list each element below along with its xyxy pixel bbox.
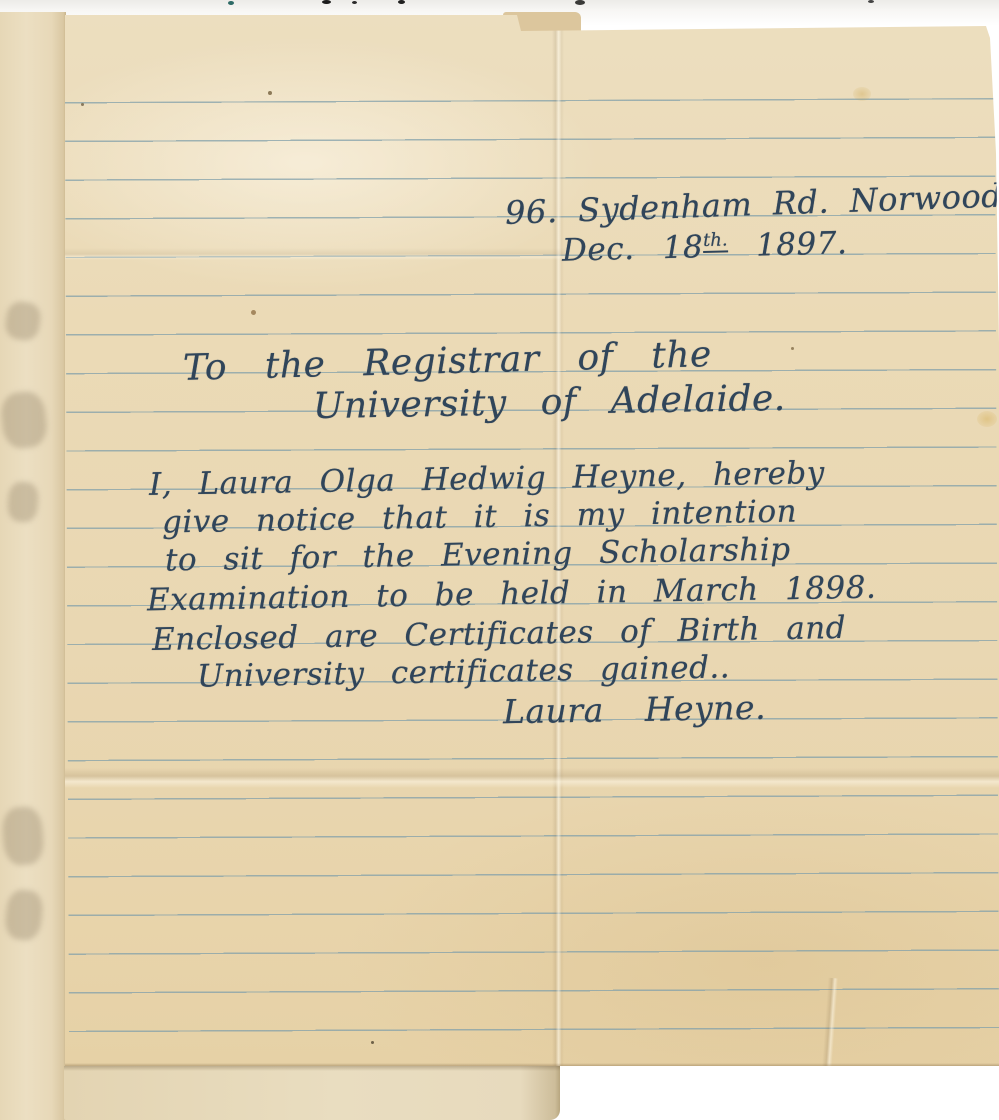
scanner-speck	[228, 1, 234, 5]
brown-spot	[251, 310, 256, 315]
letter-sheet: 96. Sydenham Rd. Norwood. Dec. 18th. 189…	[65, 13, 999, 1066]
horizontal-fold-crease	[65, 768, 999, 788]
bleedthrough-mark	[3, 888, 44, 941]
date-line: Dec. 18th. 1897.	[562, 225, 848, 268]
date-prefix: Dec. 18	[562, 229, 704, 269]
date-year: 1897.	[756, 225, 848, 263]
underlying-page-left-strip	[0, 12, 66, 1120]
bleedthrough-mark	[0, 390, 49, 450]
paper-speck	[81, 103, 84, 106]
paper-speck	[791, 347, 794, 350]
scanner-speck	[398, 0, 405, 4]
scanner-speck	[352, 1, 357, 4]
salutation-line: University of Adelaide.	[313, 378, 786, 427]
bleedthrough-mark	[7, 481, 40, 523]
bleedthrough-mark	[1, 806, 45, 867]
scanned-letter-page: 96. Sydenham Rd. Norwood. Dec. 18th. 189…	[0, 0, 999, 1120]
signature: Laura Heyne.	[503, 688, 767, 732]
faint-fold-crease	[65, 248, 565, 260]
pinhole	[268, 91, 272, 95]
paper-speck	[371, 1041, 374, 1044]
yellow-stain	[977, 411, 997, 427]
scanner-speck	[575, 0, 585, 5]
underlying-page-bottom-flap	[64, 1066, 560, 1120]
yellow-stain	[853, 87, 871, 101]
bleedthrough-mark	[4, 300, 43, 342]
bottom-flap-shadow	[64, 1066, 560, 1071]
scanner-speck	[868, 0, 874, 3]
scanner-speck	[322, 0, 331, 4]
date-ordinal: th.	[703, 229, 728, 253]
